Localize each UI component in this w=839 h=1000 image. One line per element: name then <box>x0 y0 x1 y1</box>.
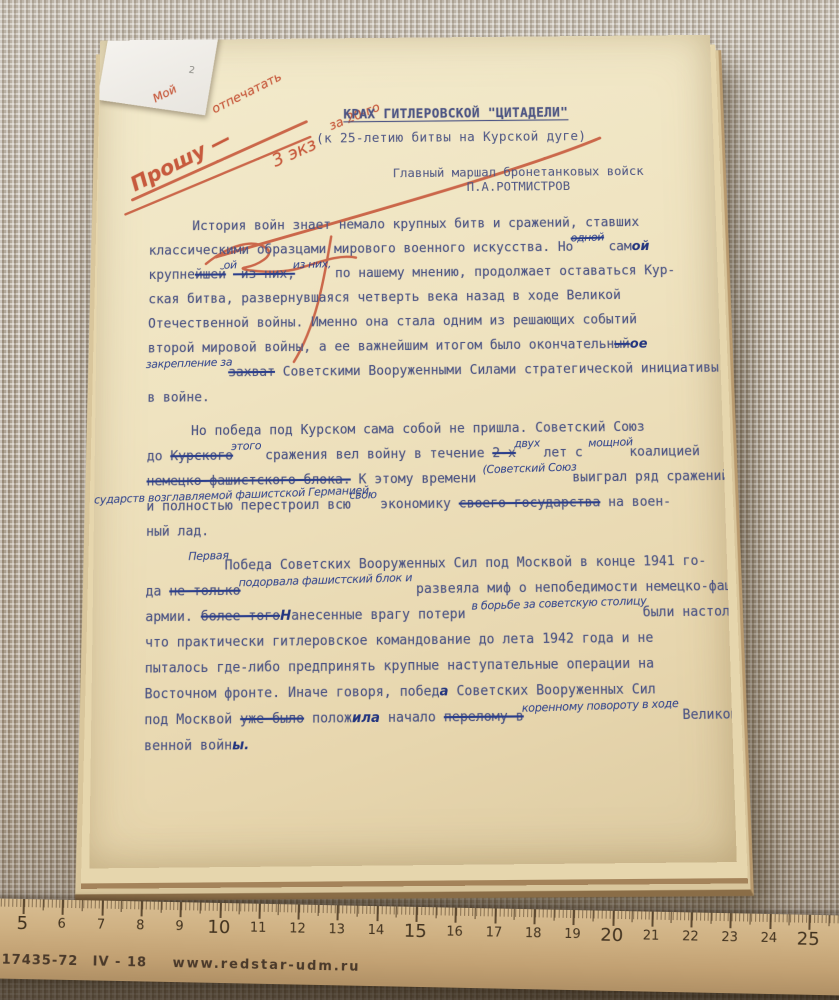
red-annotation: Прошу — <box>127 126 235 196</box>
ruler-website: www.redstar-udm.ru <box>172 956 360 975</box>
cm-tick <box>180 902 182 917</box>
half-cm-tick <box>239 903 240 914</box>
cm-tick <box>691 912 693 927</box>
ruler-number: 5 <box>16 913 28 934</box>
ruler-number: 6 <box>57 917 66 932</box>
cm-tick <box>23 899 25 914</box>
typed-text: крупне <box>148 268 195 283</box>
ruler-number: 20 <box>600 925 623 946</box>
paragraph: История войн знает немало крупных битв и… <box>147 210 706 411</box>
half-cm-tick <box>671 912 672 923</box>
cm-tick <box>494 908 496 923</box>
ruler-number: 17 <box>485 925 502 940</box>
wooden-ruler: 5678910111213141516171819202122232425 17… <box>0 898 839 995</box>
cm-tick <box>140 901 142 916</box>
paragraph: Но победа под Курском сама собой не приш… <box>146 414 710 545</box>
ruler-number: 16 <box>446 925 463 940</box>
handwritten-edit: ила <box>352 711 380 727</box>
struck-text: Курского <box>170 449 233 465</box>
typed-text: коалицией <box>629 444 700 460</box>
typed-text: полож <box>304 711 352 727</box>
half-cm-tick <box>514 909 515 920</box>
typed-line: в войне. <box>147 381 706 411</box>
author-name: П.А.РОТМИСТРОВ <box>393 178 644 195</box>
cm-tick <box>416 907 418 922</box>
half-cm-tick <box>475 908 476 919</box>
half-cm-tick <box>828 915 829 926</box>
typed-text: Отечественной войны. Именно она стала од… <box>148 312 637 331</box>
handwritten-edit: мощной <box>588 429 634 455</box>
handwritten-edit: ое <box>630 337 648 352</box>
typed-text: ный лад. <box>146 524 209 540</box>
ruler-date-mark: IV - 18 <box>92 954 147 970</box>
half-cm-tick <box>278 904 279 915</box>
half-cm-tick <box>42 899 43 910</box>
ruler-markings: 17435-72 IV - 18 www.redstar-udm.ru <box>0 952 839 969</box>
struck-text: захват <box>228 365 275 380</box>
ruler-number: 13 <box>328 922 345 937</box>
cm-tick <box>376 906 378 921</box>
cm-tick <box>455 908 457 923</box>
struck-text: йшей <box>195 268 226 283</box>
half-cm-tick <box>357 906 358 917</box>
ruler-number: 8 <box>136 918 145 933</box>
handwritten-edit: одной <box>571 225 605 250</box>
typed-text: в войне. <box>147 390 210 405</box>
ruler-number: 23 <box>721 930 738 945</box>
ruler-number: 12 <box>289 921 306 936</box>
handwritten-edit: подорвала фашистский блок и <box>238 565 412 596</box>
typed-line: ный лад. <box>146 514 710 545</box>
struck-text: уже было <box>240 711 304 727</box>
cm-tick <box>337 905 339 920</box>
typed-text: что практически гитлеровское командовани… <box>145 631 654 651</box>
half-cm-tick <box>632 911 633 922</box>
half-cm-tick <box>121 901 122 912</box>
typed-line: венной войны. <box>144 728 717 760</box>
ruler-millimeter-ticks <box>0 898 839 923</box>
typed-text: до <box>147 449 171 464</box>
struck-text: более того <box>201 609 280 625</box>
handwritten-edit: свою <box>348 482 376 508</box>
ruler-number: 11 <box>250 921 267 936</box>
cm-tick <box>651 912 653 927</box>
cm-tick <box>573 910 575 925</box>
red-annotation: отпечатать <box>210 70 285 117</box>
ruler-number: 24 <box>761 931 778 946</box>
cm-tick <box>730 913 732 928</box>
cm-tick <box>101 901 103 916</box>
typed-text: ская битва, развернувшаяся четверть века… <box>148 288 621 307</box>
typed-text: да <box>145 584 169 600</box>
typed-text: под Москвой <box>144 712 240 728</box>
typed-text: сам <box>601 240 632 255</box>
tab-number-label: 2 <box>188 65 196 76</box>
half-cm-tick <box>160 902 161 913</box>
document-title: КРАХ ГИТЛЕРОВСКОЙ "ЦИТАДЕЛИ" <box>343 106 568 122</box>
typed-text: сражения вел войну в течение <box>257 446 492 463</box>
ruler-number: 22 <box>682 929 699 944</box>
typed-text: Восточном фронте. Иначе говоря, побед <box>144 684 439 702</box>
ruler-gost-code: 17435-72 <box>2 953 79 970</box>
typed-text: были настолько велики, <box>643 603 737 620</box>
ruler-number: 15 <box>404 921 427 942</box>
typed-text-body: История войн знает немало крупных битв и… <box>144 210 717 769</box>
handwritten-edit: из них, <box>293 252 332 277</box>
handwritten-edit: закрепление за <box>146 350 233 377</box>
handwritten-edit: этого <box>231 433 262 459</box>
document-subtitle: (к 25-летию битвы на Курской дуге) <box>316 130 586 147</box>
struck-text: из них, <box>233 267 295 282</box>
typed-text: на воен- <box>600 495 671 511</box>
half-cm-tick <box>789 914 790 925</box>
ruler-number: 14 <box>368 923 385 938</box>
typed-text: Великой Отечест- <box>674 706 736 723</box>
typed-text: выиграл ряд сражений <box>572 469 729 486</box>
typed-text: Советскими Вооруженными Силами стратегич… <box>275 361 719 380</box>
cm-tick <box>769 914 771 929</box>
ruler-number: 21 <box>643 928 660 943</box>
ruler-number: 10 <box>207 917 230 938</box>
half-cm-tick <box>553 910 554 921</box>
author-rank: Главный маршал бронетанковых войск <box>393 163 644 180</box>
handwritten-edit: ы. <box>232 738 249 754</box>
handwritten-edit: (Советский Союз <box>482 454 577 482</box>
typed-text: венной войн <box>144 738 232 754</box>
typed-text: экономику <box>372 497 459 513</box>
handwritten-edit: Н <box>280 609 291 624</box>
ruler-number: 7 <box>97 918 106 933</box>
author-block: Главный маршал бронетанковых войск П.А.Р… <box>393 163 645 194</box>
typed-text: классическими образцами мирового военног… <box>149 240 574 259</box>
handwritten-edit: в борьбе за советскую столицу <box>471 588 647 619</box>
handwritten-edit: коренному повороту в ходе <box>521 690 679 721</box>
cm-tick <box>298 905 300 920</box>
typed-text: по нашему мнению, продолжает оставаться … <box>327 263 675 281</box>
ruler-number: 18 <box>525 926 542 941</box>
half-cm-tick <box>750 914 751 925</box>
handwritten-edit: Первая <box>188 543 229 570</box>
typed-text: начало <box>380 710 444 726</box>
half-cm-tick <box>396 907 397 918</box>
struck-text: своего государства <box>459 495 601 511</box>
typed-text: анесенные врагу потери <box>291 607 473 624</box>
half-cm-tick <box>82 900 83 911</box>
handwritten-edit: ой <box>224 253 238 278</box>
cm-tick <box>258 904 260 919</box>
cm-tick <box>612 911 614 926</box>
struck-text: не только <box>169 584 240 600</box>
half-cm-tick <box>199 903 200 914</box>
cm-tick <box>533 909 535 924</box>
typed-text: пыталось где-либо предпринять крупные на… <box>145 656 654 676</box>
document-page: 2 Мой Прошу — отпечатать 3 экз за 20-го … <box>89 35 736 869</box>
handwritten-edit: ой <box>631 239 649 254</box>
ruler-number: 19 <box>564 927 581 942</box>
half-cm-tick <box>592 910 593 921</box>
paragraph: ПерваяПобеда Советских Вооруженных Сил п… <box>144 549 717 760</box>
typed-text: и полностью перестроил всю <box>146 498 351 515</box>
half-cm-tick <box>710 913 711 924</box>
struck-text: ый <box>614 337 630 352</box>
cm-tick <box>808 915 810 930</box>
ruler-number: 25 <box>797 929 820 950</box>
red-annotation: 3 экз <box>269 134 320 171</box>
photo-of-document: { "page": { "title": "КРАХ ГИТЛЕРОВСКОЙ … <box>0 0 839 1000</box>
cm-tick <box>219 903 221 918</box>
ruler-number: 9 <box>175 919 184 934</box>
handwritten-edit: двух <box>513 431 540 457</box>
half-cm-tick <box>435 907 436 918</box>
half-cm-tick <box>317 905 318 916</box>
cm-tick <box>62 900 64 915</box>
struck-text: перелому в <box>444 709 524 725</box>
typed-text: армии. <box>145 609 201 625</box>
